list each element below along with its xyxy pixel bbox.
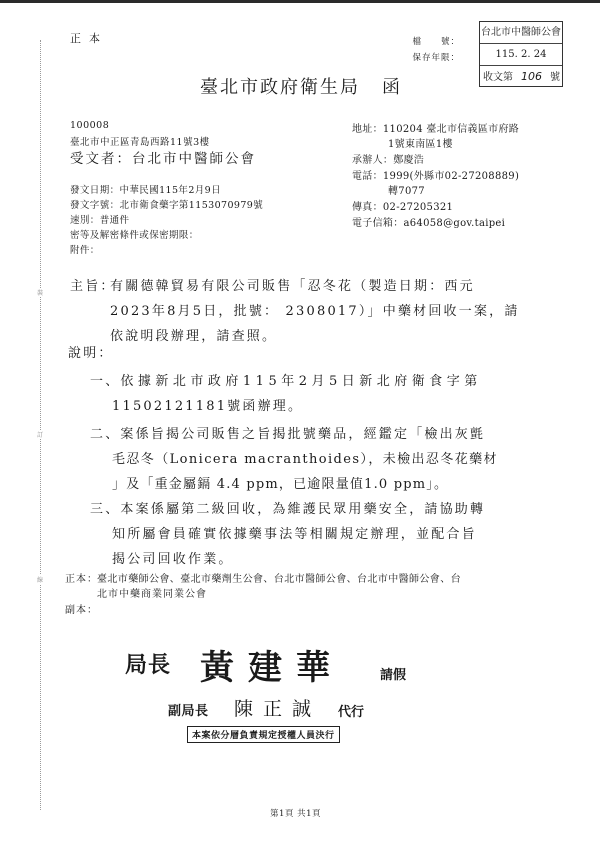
director-title: 局長 (125, 648, 171, 679)
sender-address-line1: 地址：110204 臺北市信義區市府路 (352, 120, 519, 135)
file-number-label: 檔 號： (340, 35, 460, 47)
sender-address-line2: 1號東南區1樓 (388, 135, 453, 150)
deputy-name: 陳正誠 (234, 694, 321, 721)
item-line: 揭公司回收作業。 (112, 548, 234, 567)
binding-char-ding: 訂 (35, 430, 45, 439)
subject-label: 主旨： (70, 275, 116, 294)
subject-line: 有關德韓貿易有限公司販售「忍冬花（製造日期：西元 (110, 275, 475, 294)
received-stamp: 台北市中醫師公會 115. 2. 24 收文第106號 (479, 21, 563, 87)
binding-line (40, 40, 41, 810)
explanation-item-3: 三、本案係屬第二級回收，為維護民眾用藥安全，請協助轉 (90, 498, 485, 517)
stamp-doc-no-suffix: 號 (550, 72, 560, 83)
phone: 電話：1999(外縣市02-27208889) (352, 167, 519, 182)
item-line: 案係旨揭公司販售之旨揭批號藥品，經鑑定「檢出灰氈 (120, 427, 485, 442)
item-line: 毛忍冬（Lonicera macranthoides），未檢出忍冬花藥材 (112, 448, 498, 467)
item-line: 知所屬會員確實依據藥事法等相關規定辦理，並配合旨 (112, 523, 477, 542)
deputy-action: 代行 (338, 701, 364, 720)
scan-top-edge (0, 0, 600, 3)
page-number: 第1頁 共1頁 (270, 807, 321, 819)
explanation-item-2: 二、案係旨揭公司販售之旨揭批號藥品，經鑑定「檢出灰氈 (90, 423, 485, 442)
retention-period-label: 保存年限： (340, 51, 460, 63)
item-marker: 二、 (90, 427, 120, 442)
item-marker: 三、 (90, 502, 120, 517)
attachment: 附件： (70, 242, 100, 256)
item-line: 依據新北市政府115年2月5日新北府衛食字第 (120, 374, 481, 389)
item-line: 本案係屬第二級回收，為維護民眾用藥安全，請協助轉 (120, 502, 485, 517)
secrecy: 密等及解密條件或保密期限： (70, 227, 199, 241)
director-name: 黃建華 (200, 640, 344, 689)
copy-type-label: 正本 (70, 30, 108, 46)
recipient-address: 臺北市中正區青島西路11號3樓 (70, 134, 210, 148)
director-status: 請假 (380, 664, 406, 683)
stamp-doc-no-label: 收文第 (483, 72, 513, 83)
document-title: 臺北市政府衛生局函 (200, 73, 402, 99)
fax: 傳真：02-27205321 (352, 198, 453, 213)
issue-doc-number: 發文字號：北市衛食藥字第1153070979號 (70, 197, 263, 211)
delegation-stamp: 本案依分層負責規定授權人員決行 (187, 726, 340, 743)
recipient: 受文者：台北市中醫師公會 (70, 147, 256, 167)
explanation-label: 說明： (68, 342, 114, 361)
deputy-title: 副局長 (168, 700, 209, 719)
issuing-agency: 臺北市政府衛生局 (200, 77, 360, 98)
subject-line: 依說明段辦理，請查照。 (110, 325, 277, 344)
item-marker: 一、 (90, 374, 120, 389)
copy-recipients-label: 副本： (65, 601, 98, 616)
email: 電子信箱：a64058@gov.taipei (352, 214, 505, 229)
original-recipients-label: 正本： (65, 570, 98, 585)
postal-code: 100008 (70, 120, 109, 131)
document-kind: 函 (382, 77, 402, 98)
stamp-doc-no-handwritten: 106 (521, 70, 542, 83)
issue-date: 發文日期：中華民國115年2月9日 (70, 182, 221, 196)
binding-char-zhuang: 裝 (35, 288, 45, 297)
priority: 速別：普通件 (70, 212, 129, 226)
explanation-item-1: 一、依據新北市政府115年2月5日新北府衛食字第 (90, 370, 482, 389)
original-recipients-line: 臺北市藥師公會、臺北市藥劑生公會、台北市醫師公會、台北市中醫師公會、台 (97, 570, 461, 585)
item-line: 」及「重金屬鎘 4.4 ppm，已逾限量值1.0 ppm」。 (112, 473, 448, 492)
stamp-doc-number: 收文第106號 (480, 66, 562, 87)
binding-char-xian: 線 (35, 575, 45, 584)
stamp-date: 115. 2. 24 (480, 44, 562, 66)
stamp-organization: 台北市中醫師公會 (480, 22, 562, 44)
original-recipients-line: 北市中藥商業同業公會 (97, 585, 207, 600)
item-line: 11502121181號函辦理。 (112, 395, 303, 414)
handler: 承辦人：鄭慶浩 (352, 151, 424, 166)
phone-extension: 轉7077 (388, 182, 425, 197)
subject-line: 2023年8月5日，批號： 2308017）」中藥材回收一案，請 (110, 300, 520, 319)
